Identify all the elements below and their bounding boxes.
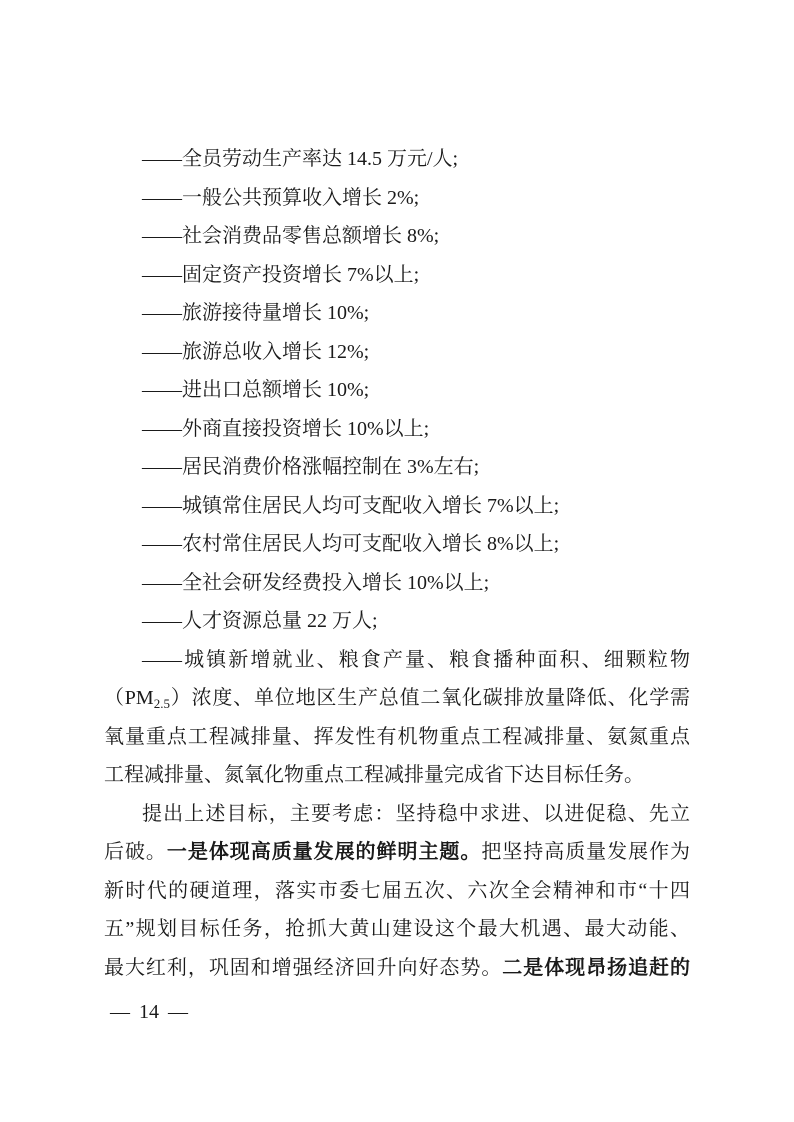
paragraph-line: 工程减排量、氮氧化物重点工程减排量完成省下达目标任务。: [104, 756, 690, 795]
target-item-line: ——一般公共预算收入增长 2%;: [104, 179, 690, 218]
paragraph-line: ——城镇新增就业、粮食产量、粮食播种面积、细颗粒物: [104, 641, 690, 680]
paragraph-line: 提出上述目标，主要考虑：坚持稳中求进、以进促稳、先立: [104, 795, 690, 834]
target-item-line: ——外商直接投资增长 10%以上;: [104, 410, 690, 449]
paragraph-text: ）浓度、单位地区生产总值二氧化碳排放量降低、化学需: [170, 687, 690, 709]
paragraph-text: 后破。: [104, 841, 167, 863]
target-item-line: ——全社会研发经费投入增长 10%以上;: [104, 564, 690, 603]
target-item-line: ——居民消费价格涨幅控制在 3%左右;: [104, 448, 690, 487]
pm25-subscript: 2.5: [154, 696, 170, 711]
target-item-line: ——社会消费品零售总额增长 8%;: [104, 217, 690, 256]
target-item-line: ——旅游总收入增长 12%;: [104, 333, 690, 372]
paragraph-line: （PM2.5）浓度、单位地区生产总值二氧化碳排放量降低、化学需: [104, 679, 690, 718]
target-item-line: ——城镇常住居民人均可支配收入增长 7%以上;: [104, 487, 690, 526]
target-item-line: ——全员劳动生产率达 14.5 万元/人;: [104, 140, 690, 179]
paragraph-line: 新时代的硬道理，落实市委七届五次、六次全会精神和市“十四: [104, 872, 690, 911]
emphasis-text: 二是体现昂扬追赶的: [502, 957, 690, 979]
paragraph-line: 五”规划目标任务，抢抓大黄山建设这个最大机遇、最大动能、: [104, 910, 690, 949]
document-body: ——全员劳动生产率达 14.5 万元/人; ——一般公共预算收入增长 2%; —…: [104, 140, 690, 987]
target-item-line: ——固定资产投资增长 7%以上;: [104, 256, 690, 295]
paragraph-line: 后破。一是体现高质量发展的鲜明主题。把坚持高质量发展作为: [104, 833, 690, 872]
target-item-line: ——进出口总额增长 10%;: [104, 371, 690, 410]
emphasis-text: 一是体现高质量发展的鲜明主题。: [167, 841, 481, 863]
paragraph-line: 氧量重点工程减排量、挥发性有机物重点工程减排量、氨氮重点: [104, 718, 690, 757]
target-item-line: ——人才资源总量 22 万人;: [104, 602, 690, 641]
paragraph-text: 最大红利，巩固和增强经济回升向好态势。: [104, 957, 502, 979]
paragraph-text: 把坚持高质量发展作为: [481, 841, 690, 863]
document-page: ——全员劳动生产率达 14.5 万元/人; ——一般公共预算收入增长 2%; —…: [0, 0, 794, 1122]
target-item-line: ——农村常住居民人均可支配收入增长 8%以上;: [104, 525, 690, 564]
paragraph-text: （PM: [104, 687, 154, 709]
paragraph-line: 最大红利，巩固和增强经济回升向好态势。二是体现昂扬追赶的: [104, 949, 690, 988]
page-number: — 14 —: [110, 999, 188, 1025]
target-item-line: ——旅游接待量增长 10%;: [104, 294, 690, 333]
